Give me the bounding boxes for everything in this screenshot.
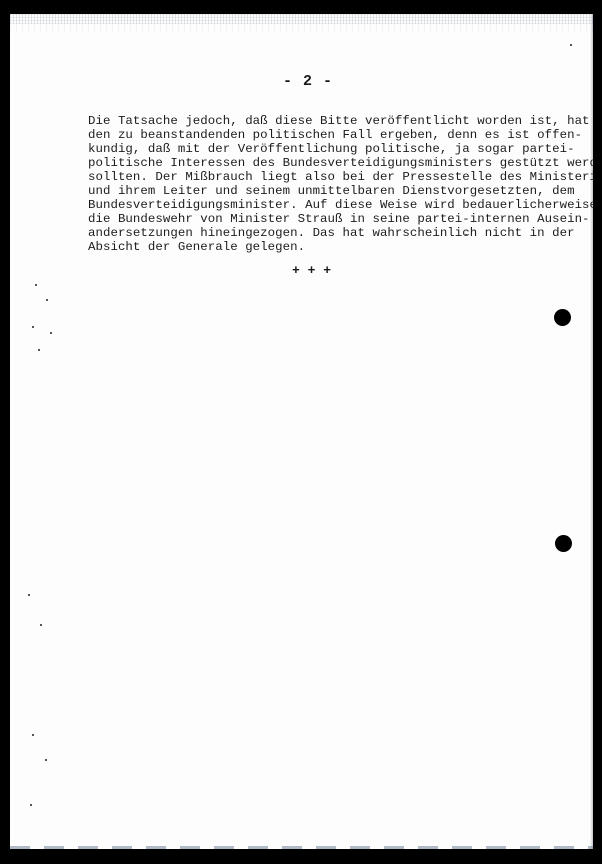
paragraph-line: Absicht der Generale gelegen. <box>88 240 588 254</box>
body-paragraph: Die Tatsache jedoch, daß diese Bitte ver… <box>88 114 588 254</box>
scan-speck <box>45 759 47 761</box>
paragraph-line: kundig, daß mit der Veröffentlichung pol… <box>88 142 588 156</box>
page-edge <box>10 846 593 849</box>
paragraph-line: und ihrem Leiter und seinem unmittelbare… <box>88 184 588 198</box>
paragraph-line: politische Interessen des Bundesverteidi… <box>88 156 588 170</box>
scan-speck <box>40 624 42 626</box>
scan-speck <box>38 349 40 351</box>
scan-speck <box>465 234 467 236</box>
punch-hole <box>554 309 571 326</box>
page-number: - 2 - <box>283 73 333 90</box>
paragraph-line: die Bundeswehr von Minister Strauß in se… <box>88 212 588 226</box>
punch-hole <box>555 535 572 552</box>
scan-speck <box>570 44 572 46</box>
paragraph-line: den zu beanstandenden politischen Fall e… <box>88 128 588 142</box>
scan-speck <box>32 326 34 328</box>
paragraph-line: sollten. Der Mißbrauch liegt also bei de… <box>88 170 588 184</box>
scan-speck <box>32 734 34 736</box>
document-page: - 2 - Die Tatsache jedoch, daß diese Bit… <box>10 14 593 849</box>
scan-speck <box>35 284 37 286</box>
scan-speck <box>46 299 48 301</box>
scan-speck <box>30 804 32 806</box>
end-separator: + + + <box>292 263 331 278</box>
scan-speck <box>50 332 52 334</box>
paragraph-line: andersetzungen hineingezogen. Das hat wa… <box>88 226 588 240</box>
page-edge <box>590 14 593 849</box>
scan-speck <box>28 594 30 596</box>
scan-noise-top <box>10 14 593 24</box>
paragraph-line: Die Tatsache jedoch, daß diese Bitte ver… <box>88 114 588 128</box>
paragraph-line: Bundesverteidigungsminister. Auf diese W… <box>88 198 588 212</box>
